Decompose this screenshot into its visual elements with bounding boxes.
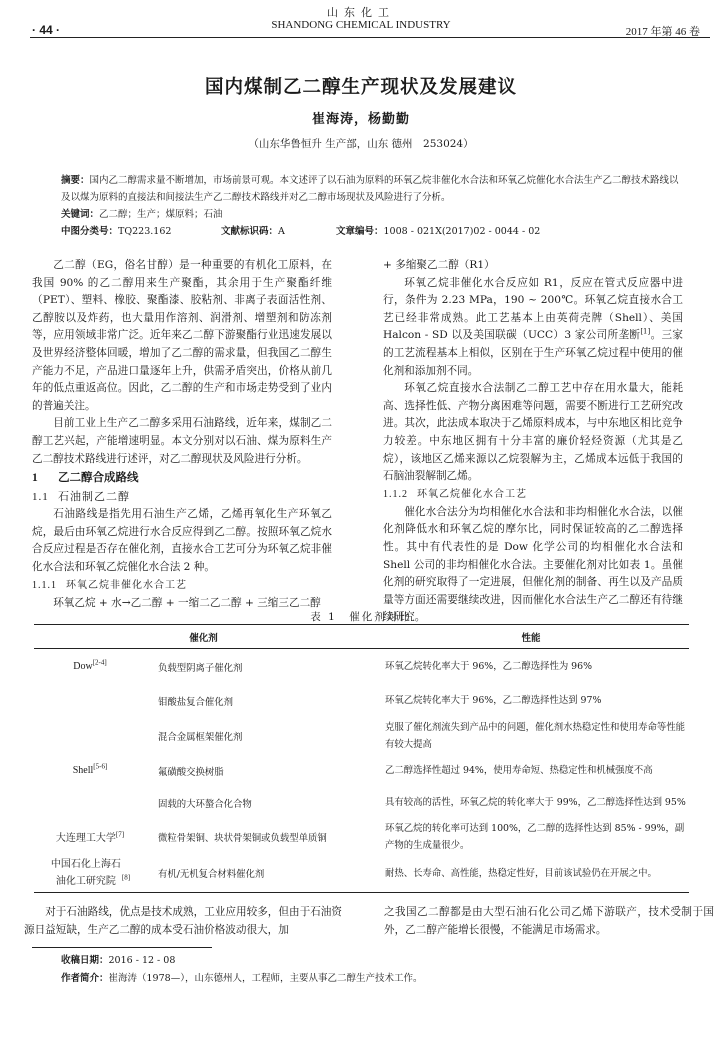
paragraph: 对于石油路线，优点是技术成熟，工业应用较多，但由于石油资源日益短缺，生产乙二醇的…	[24, 903, 342, 940]
abstract-text: 国内乙二醇需求量不断增加，市场前景可观。本文述评了以石油为原料的环氧乙烷非催化水…	[61, 175, 679, 203]
keywords-label: 关键词：	[61, 209, 99, 220]
doc-code: 文献标识码：A	[221, 223, 336, 240]
catalyst-cell: 微粒骨架铜、块状骨架铜或负载型单质铜	[146, 819, 373, 855]
keywords-text: 乙二醇；生产；煤原料；石油	[99, 209, 223, 220]
received-label: 收稿日期：	[61, 955, 109, 966]
paragraph: 目前工业上生产乙二醇多采用石油路线，近年来，煤制乙二醇工艺兴起，产能增速明显。本…	[32, 415, 332, 468]
table-row: 固载的大环螯合化合物 具有较高的活性，环氧乙烷的转化率大于 99%，乙二醇选择性…	[34, 787, 689, 819]
org-cell	[34, 787, 146, 819]
subsubsection-number: 1.1.1	[32, 577, 66, 595]
article-no-label: 文章编号：	[336, 226, 384, 237]
catalyst-cell: 有机/无机复合材料催化剂	[146, 855, 373, 893]
catalyst-cell: 混合金属框架催化剂	[146, 717, 373, 755]
citation: [8]	[122, 874, 130, 882]
catalyst-table: 催化剂 性能 Dow[2-4] 负载型阴离子催化剂 环氧乙烷转化率大于 96%，…	[34, 624, 689, 893]
citation: [1]	[640, 328, 650, 336]
article-affiliation: （山东华鲁恒升 生产部，山东 德州 253024）	[0, 136, 722, 151]
abstract: 摘要：国内乙二醇需求量不断增加，市场前景可观。本文述评了以石油为原料的环氧乙烷非…	[61, 172, 681, 206]
body-left-continued: 对于石油路线，优点是技术成熟，工业应用较多，但由于石油资源日益短缺，生产乙二醇的…	[24, 903, 342, 940]
org-cell: Dow[2-4]	[34, 649, 146, 685]
author-bio: 作者简介：崔海涛（1978—），山东德州人，工程师，主要从事乙二醇生产技术工作。	[61, 970, 422, 987]
clc-value: TQ223.162	[118, 226, 171, 237]
paragraph-text: 环氧乙烷非催化水合反应如 R1，反应在管式反应器中进行，条件为 2.23 MPa…	[383, 277, 683, 342]
clc-code: 中图分类号：TQ223.162	[61, 223, 221, 240]
citation: [7]	[116, 831, 124, 839]
catalyst-cell: 钼酸盐复合催化剂	[146, 685, 373, 717]
table-header-catalyst: 催化剂	[34, 625, 373, 649]
performance-cell: 环氧乙烷转化率大于 96%，乙二醇选择性为 96%	[373, 649, 689, 685]
article-authors: 崔海涛，杨勤勤	[0, 108, 722, 127]
section-heading: 1乙二醇合成路线	[32, 468, 332, 488]
org-cell	[34, 685, 146, 717]
section-title: 乙二醇合成路线	[58, 470, 139, 484]
bio-label: 作者简介：	[61, 973, 109, 984]
keywords: 关键词：乙二醇；生产；煤原料；石油	[61, 206, 681, 223]
article-no-value: 1008 - 021X(2017)02 - 0044 - 02	[384, 226, 541, 237]
clc-label: 中图分类号：	[61, 226, 118, 237]
subsubsection-heading: 1.1.1环氧乙烷非催化水合工艺	[32, 577, 332, 595]
article-title: 国内煤制乙二醇生产现状及发展建议	[0, 73, 722, 99]
table-row: Shell[5-6] 氟磺酸交换树脂 乙二醇选择性超过 94%，使用寿命短、热稳…	[34, 755, 689, 787]
header-rule	[30, 37, 710, 38]
body-right-continued: 之我国乙二醇都是由大型石油石化公司乙烯下游联产，技术受制于国外，乙二醇产能增长很…	[384, 903, 714, 940]
catalyst-cell: 固载的大环螯合化合物	[146, 787, 373, 819]
paragraph: 乙二醇（EG，俗名甘醇）是一种重要的有机化工原料，在我国 90% 的乙二醇用来生…	[32, 257, 332, 415]
org-cell: 中国石化上海石油化工研究院[8]	[34, 855, 146, 893]
received-value: 2016 - 12 - 08	[109, 955, 176, 966]
performance-cell: 环氧乙烷转化率大于 96%，乙二醇选择性达到 97%	[373, 685, 689, 717]
body-left-column: 乙二醇（EG，俗名甘醇）是一种重要的有机化工原料，在我国 90% 的乙二醇用来生…	[32, 257, 332, 612]
subsubsection-title: 环氧乙烷非催化水合工艺	[66, 580, 187, 591]
table-row: Dow[2-4] 负载型阴离子催化剂 环氧乙烷转化率大于 96%，乙二醇选择性为…	[34, 649, 689, 685]
article-number: 文章编号：1008 - 021X(2017)02 - 0044 - 02	[336, 223, 540, 240]
table-row: 中国石化上海石油化工研究院[8] 有机/无机复合材料催化剂 耐热、长寿命、高性能…	[34, 855, 689, 893]
table-row: 钼酸盐复合催化剂 环氧乙烷转化率大于 96%，乙二醇选择性达到 97%	[34, 685, 689, 717]
catalyst-cell: 负载型阴离子催化剂	[146, 649, 373, 685]
catalyst-cell: 氟磺酸交换树脂	[146, 755, 373, 787]
org-name: 中国石化上海石油化工研究院	[50, 856, 122, 890]
performance-cell: 耐热、长寿命、高性能，热稳定性好，目前该试验仍在开展之中。	[373, 855, 689, 893]
table-header-performance: 性能	[373, 625, 689, 649]
doc-code-label: 文献标识码：	[221, 226, 278, 237]
performance-cell: 乙二醇选择性超过 94%，使用寿命短、热稳定性和机械强度不高	[373, 755, 689, 787]
performance-cell: 克服了催化剂流失到产品中的问题，催化剂水热稳定性和使用寿命等性能有较大提高	[373, 717, 689, 755]
org-cell	[34, 717, 146, 755]
org-name: Shell	[73, 765, 94, 776]
org-cell: Shell[5-6]	[34, 755, 146, 787]
table-caption: 表 1 催化剂对比	[0, 609, 722, 624]
paragraph: 环氧乙烷直接水合法制乙二醇工艺中存在用水量大，能耗高、选择性低、产物分离困难等问…	[383, 380, 683, 486]
footnote-rule	[32, 947, 212, 948]
journal-name-en: SHANDONG CHEMICAL INDUSTRY	[0, 19, 722, 31]
paragraph: 环氧乙烷非催化水合反应如 R1，反应在管式反应器中进行，条件为 2.23 MPa…	[383, 275, 683, 381]
performance-cell: 具有较高的活性，环氧乙烷的转化率大于 99%，乙二醇选择性达到 95%	[373, 787, 689, 819]
equation-continued: + 多缩聚乙二醇（R1）	[383, 257, 683, 275]
org-cell: 大连理工大学[7]	[34, 819, 146, 855]
body-right-column: + 多缩聚乙二醇（R1） 环氧乙烷非催化水合反应如 R1，反应在管式反应器中进行…	[383, 257, 683, 627]
org-name: 大连理工大学	[56, 833, 116, 844]
abstract-label: 摘要：	[61, 175, 90, 186]
classification-row: 中图分类号：TQ223.162 文献标识码：A 文章编号：1008 - 021X…	[61, 223, 681, 240]
subsection-heading: 1.1石油制乙二醇	[32, 488, 332, 506]
org-name: Dow	[73, 661, 92, 672]
section-number: 1	[32, 469, 58, 488]
performance-cell: 环氧乙烷的转化率可达到 100%，乙二醇的选择性达到 85% - 99%，副产物…	[373, 819, 689, 855]
paragraph: 石油路线是指先用石油生产乙烯，乙烯再氧化生产环氧乙烷，最后由环氧乙烷进行水合反应…	[32, 506, 332, 576]
table-row: 大连理工大学[7] 微粒骨架铜、块状骨架铜或负载型单质铜 环氧乙烷的转化率可达到…	[34, 819, 689, 855]
doc-code-value: A	[278, 226, 285, 237]
table-row: 混合金属框架催化剂 克服了催化剂流失到产品中的问题，催化剂水热稳定性和使用寿命等…	[34, 717, 689, 755]
received-date: 收稿日期：2016 - 12 - 08	[61, 952, 175, 969]
paragraph: 之我国乙二醇都是由大型石油石化公司乙烯下游联产，技术受制于国外，乙二醇产能增长很…	[384, 903, 714, 940]
subsubsection-title: 环氧乙烷催化水合工艺	[417, 489, 527, 500]
subsection-number: 1.1	[32, 488, 58, 506]
subsubsection-heading: 1.1.2环氧乙烷催化水合工艺	[383, 486, 683, 504]
citation: [2-4]	[93, 659, 107, 667]
journal-name-cn: 山东化工	[0, 4, 722, 20]
bio-value: 崔海涛（1978—），山东德州人，工程师，主要从事乙二醇生产技术工作。	[109, 973, 423, 984]
subsubsection-number: 1.1.2	[383, 486, 417, 504]
subsection-title: 石油制乙二醇	[58, 490, 130, 503]
citation: [5-6]	[93, 763, 107, 771]
